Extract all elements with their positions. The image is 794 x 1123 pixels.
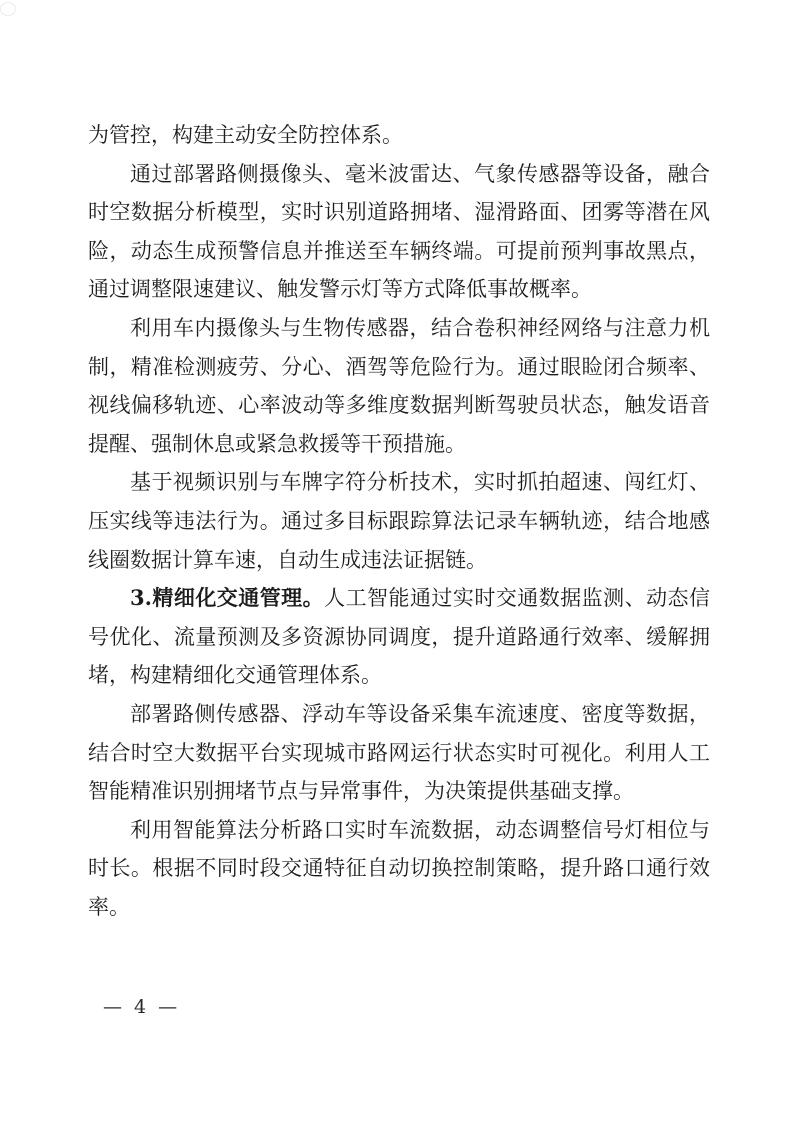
paragraph: 通过部署路侧摄像头、毫米波雷达、气象传感器等设备，融合时空数据分析模型，实时识别… [88,155,710,309]
page-number: — 4 — [103,996,180,1018]
paragraph: 基于视频识别与车牌字符分析技术，实时抓拍超速、闯红灯、压实线等违法行为。通过多目… [88,463,710,579]
document-body: 为管控，构建主动安全防控体系。 通过部署路侧摄像头、毫米波雷达、气象传感器等设备… [88,116,710,926]
paragraph-with-heading: 3.精细化交通管理。人工智能通过实时交通数据监测、动态信号优化、流量预测及多资源… [88,579,710,695]
document-page: 为管控，构建主动安全防控体系。 通过部署路侧摄像头、毫米波雷达、气象传感器等设备… [0,0,794,1123]
paragraph: 部署路侧传感器、浮动车等设备采集车流速度、密度等数据，结合时空大数据平台实现城市… [88,695,710,811]
paragraph: 利用智能算法分析路口实时车流数据，动态调整信号灯相位与时长。根据不同时段交通特征… [88,811,710,927]
section-heading: 3.精细化交通管理。 [130,585,324,610]
paragraph: 利用车内摄像头与生物传感器，结合卷积神经网络与注意力机制，精准检测疲劳、分心、酒… [88,309,710,463]
scan-artifact [0,2,16,16]
paragraph-continuation: 为管控，构建主动安全防控体系。 [88,116,710,155]
